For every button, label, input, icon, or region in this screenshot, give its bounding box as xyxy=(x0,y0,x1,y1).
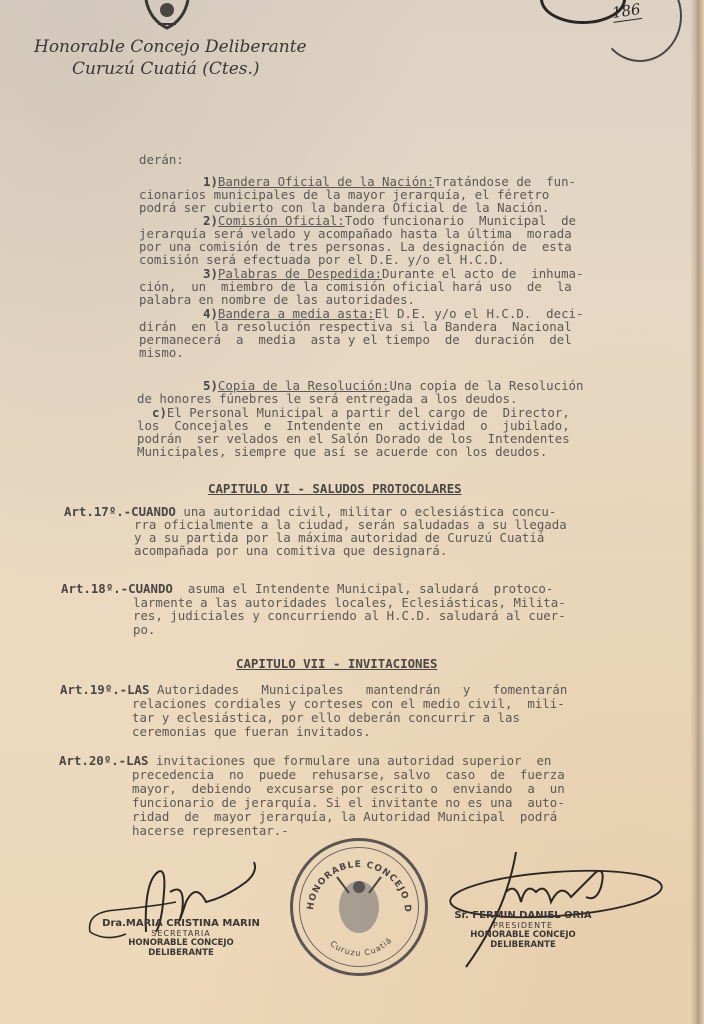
article-20-line-6: hacerse representar.- xyxy=(132,824,289,837)
chapter-6-title: CAPITULO VI - SALUDOS PROTOCOLARES xyxy=(208,481,462,496)
signer-name: Sr. FERMIN DANIEL ORIA xyxy=(448,910,598,921)
article-18-line-3: res, judiciales y concurriendo al H.C.D.… xyxy=(133,609,566,622)
article-20-line-2: precedencia no puede rehusarse, salvo ca… xyxy=(132,768,565,781)
article-20-line-4: funcionario de jerarquía. Si el invitant… xyxy=(132,796,565,809)
letterhead-line-1: Honorable Concejo Deliberante xyxy=(34,36,307,58)
intro-text: derán: xyxy=(139,153,184,166)
signer-role: PRESIDENTE xyxy=(448,921,598,930)
item-2-line-4: comisión será efectuada por el D.E. y/o … xyxy=(139,253,505,266)
page-number: 186 xyxy=(611,0,642,23)
document-page: Honorable Concejo Deliberante Curuzú Cua… xyxy=(0,0,704,1024)
article-20-line-3: mayor, debiendo excusarse por escrito o … xyxy=(132,782,565,795)
article-line: Autoridades Municipales mantendrán y fom… xyxy=(150,682,568,697)
clause-c-line-4: Municipales, siempre que así se acuerde … xyxy=(137,445,547,458)
signer-role: SECRETARIA xyxy=(96,929,266,938)
signature-secretary: Dra.MARIA CRISTINA MARIN SECRETARIA HONO… xyxy=(96,918,266,958)
article-18: Art.18º.-CUANDO asuma el Intendente Muni… xyxy=(61,582,553,595)
signer-org: HONORABLE CONCEJO DELIBERANTE xyxy=(448,930,598,950)
page-edge xyxy=(690,0,704,1024)
official-seal: HONORABLE CONCEJO DELIBERANTE Curuzu Cua… xyxy=(290,838,428,976)
article-18-line-4: po. xyxy=(133,623,155,636)
article-label: Art.19º.-LAS xyxy=(60,682,150,697)
article-19-line-2: relaciones cordiales y corteses con el m… xyxy=(132,697,565,710)
chapter-7-title: CAPITULO VII - INVITACIONES xyxy=(236,656,437,671)
article-17-line-4: acompañada por una comitiva que designar… xyxy=(134,544,447,557)
seal-bottom-text: Curuzu Cuatiá xyxy=(328,936,394,958)
seal-emblem-icon: HONORABLE CONCEJO DELIBERANTE Curuzu Cua… xyxy=(293,841,425,973)
article-line: invitaciones que formulare una autoridad… xyxy=(149,753,552,768)
item-5-line-2: de honores fúnebres le será entregada a … xyxy=(137,392,517,405)
article-19-line-4: ceremonias que fueran invitados. xyxy=(132,725,371,738)
coat-of-arms-icon xyxy=(138,0,196,30)
signer-name: Dra.MARIA CRISTINA MARIN xyxy=(96,918,266,929)
signer-org: HONORABLE CONCEJO DELIBERANTE xyxy=(96,938,266,958)
svg-text:Curuzu Cuatiá: Curuzu Cuatiá xyxy=(328,936,394,958)
article-line: asuma el Intendente Municipal, saludará … xyxy=(173,581,553,596)
item-4-line-3: permanecerá a media asta y el tiempo de … xyxy=(139,333,572,346)
article-19: Art.19º.-LAS Autoridades Municipales man… xyxy=(60,683,567,696)
item-4-line-4: mismo. xyxy=(139,346,184,359)
signature-president: Sr. FERMIN DANIEL ORIA PRESIDENTE HONORA… xyxy=(448,910,598,950)
article-19-line-3: tar y eclesiástica, por ello deberán con… xyxy=(132,711,520,724)
letterhead: Honorable Concejo Deliberante Curuzú Cua… xyxy=(34,36,307,80)
letterhead-line-2: Curuzú Cuatiá (Ctes.) xyxy=(34,58,307,80)
article-20-line-5: ridad de mayor jerarquía, la Autoridad M… xyxy=(132,810,557,823)
article-label: Art.18º.-CUANDO xyxy=(61,581,173,596)
item-3-line-3: palabra en nombre de las autoridades. xyxy=(139,293,415,306)
article-20: Art.20º.-LAS invitaciones que formulare … xyxy=(59,754,551,767)
article-label: Art.20º.-LAS xyxy=(59,753,149,768)
